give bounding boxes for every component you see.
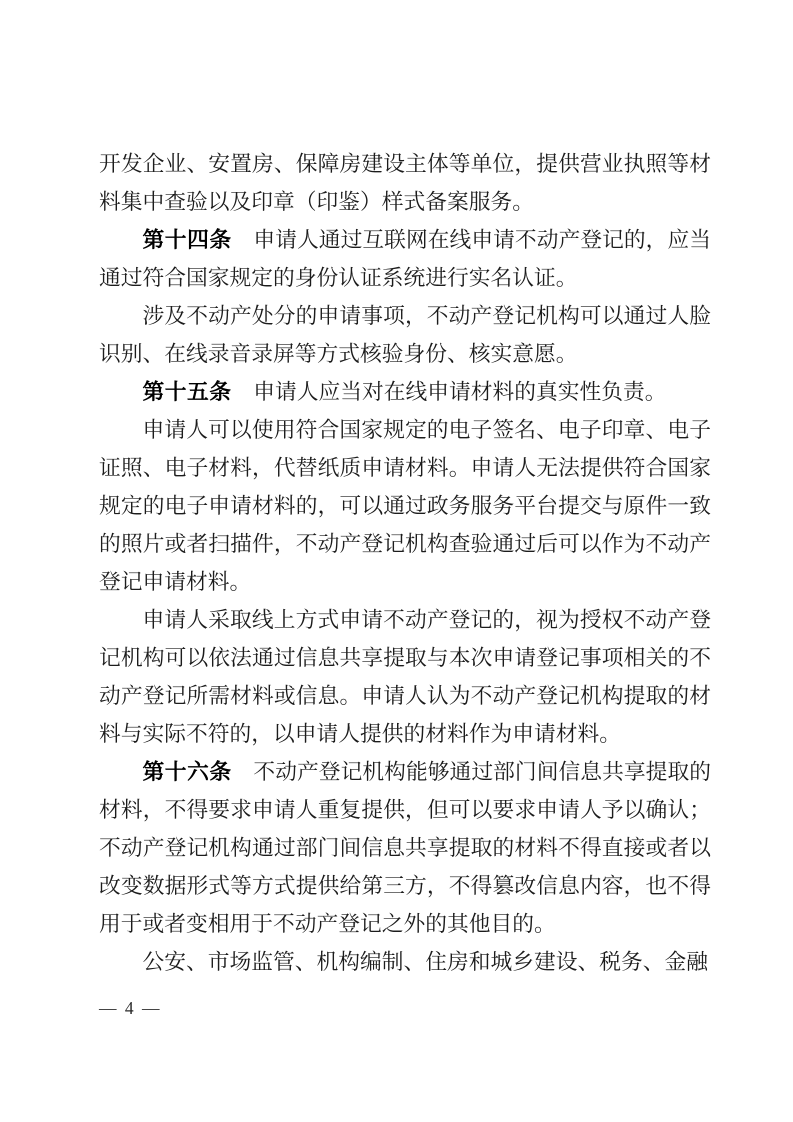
paragraph: 申请人可以使用符合国家规定的电子签名、电子印章、电子证照、电子材料，代替纸质申请… bbox=[99, 411, 711, 601]
paragraph-text: 开发企业、安置房、保障房建设主体等单位，提供营业执照等材料集中查验以及印章（印鉴… bbox=[99, 152, 711, 214]
paragraph-text: 申请人采取线上方式申请不动产登记的，视为授权不动产登记机构可以依法通过信息共享提… bbox=[99, 608, 711, 746]
paragraph-text: 公安、市场监管、机构编制、住房和城乡建设、税务、金融 bbox=[143, 950, 709, 974]
paragraph-text: 申请人可以使用符合国家规定的电子签名、电子印章、电子证照、电子材料，代替纸质申请… bbox=[99, 418, 711, 594]
paragraph: 第十六条不动产登记机构能够通过部门间信息共享提取的材料，不得要求申请人重复提供，… bbox=[99, 753, 711, 943]
article-heading: 第十四条 bbox=[143, 227, 232, 252]
paragraph-text: 涉及不动产处分的申请事项，不动产登记机构可以通过人脸识别、在线录音录屏等方式核验… bbox=[99, 304, 711, 366]
paragraph-text: 不动产登记机构能够通过部门间信息共享提取的材料，不得要求申请人重复提供，但可以要… bbox=[99, 760, 711, 936]
paragraph-text: 申请人应当对在线申请材料的真实性负责。 bbox=[253, 380, 666, 404]
document-page: 开发企业、安置房、保障房建设主体等单位，提供营业执照等材料集中查验以及印章（印鉴… bbox=[0, 0, 793, 1122]
document-body: 开发企业、安置房、保障房建设主体等单位，提供营业执照等材料集中查验以及印章（印鉴… bbox=[99, 145, 711, 981]
paragraph: 第十四条申请人通过互联网在线申请不动产登记的，应当通过符合国家规定的身份认证系统… bbox=[99, 221, 711, 297]
paragraph: 涉及不动产处分的申请事项，不动产登记机构可以通过人脸识别、在线录音录屏等方式核验… bbox=[99, 297, 711, 373]
paragraph: 申请人采取线上方式申请不动产登记的，视为授权不动产登记机构可以依法通过信息共享提… bbox=[99, 601, 711, 753]
paragraph: 公安、市场监管、机构编制、住房和城乡建设、税务、金融 bbox=[99, 943, 711, 981]
paragraph: 开发企业、安置房、保障房建设主体等单位，提供营业执照等材料集中查验以及印章（印鉴… bbox=[99, 145, 711, 221]
page-number: — 4 — bbox=[99, 998, 162, 1019]
paragraph: 第十五条申请人应当对在线申请材料的真实性负责。 bbox=[99, 373, 711, 411]
article-heading: 第十六条 bbox=[143, 759, 232, 784]
article-heading: 第十五条 bbox=[143, 379, 232, 404]
